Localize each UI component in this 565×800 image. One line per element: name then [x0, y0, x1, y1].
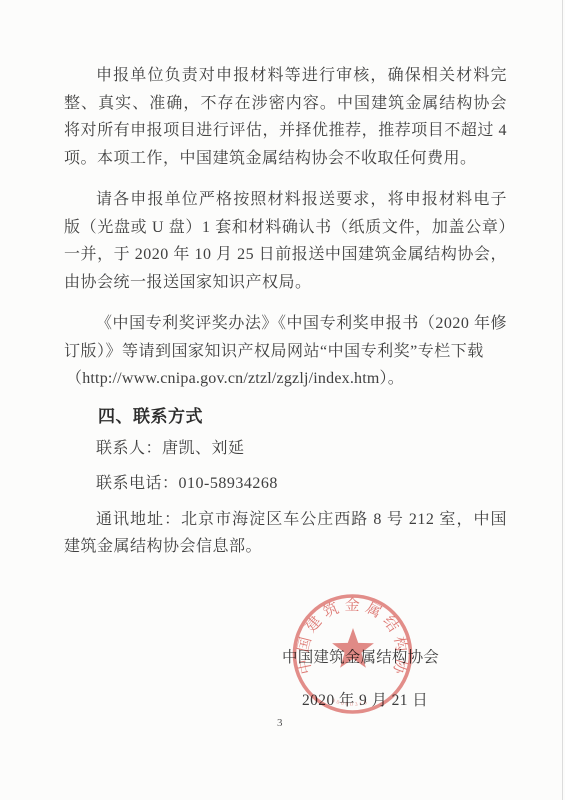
body-paragraph-2: 请各申报单位严格按照材料报送要求，将申报材料电子版（光盘或 U 盘）1 套和材料… [64, 186, 507, 296]
body-paragraph-1: 申报单位负责对申报材料等进行审核，确保相关材料完整、真实、准确，不存在涉密内容。… [64, 62, 507, 172]
scanned-document-page: 申报单位负责对申报材料等进行审核，确保相关材料完整、真实、准确，不存在涉密内容。… [0, 0, 565, 800]
contact-address-line: 通讯地址：北京市海淀区车公庄西路 8 号 212 室，中国建筑金属结构协会信息部… [64, 506, 507, 561]
contact-phone-line: 联系电话：010-58934268 [64, 470, 507, 498]
signature-organization: 中国建筑金属结构协会 [282, 645, 439, 667]
section-heading-contact: 四、联系方式 [64, 405, 507, 429]
page-number: 3 [277, 717, 283, 729]
contact-person-line: 联系人：唐凯、刘延 [64, 435, 507, 463]
document-body: 申报单位负责对申报材料等进行审核，确保相关材料完整、真实、准确，不存在涉密内容。… [0, 0, 565, 561]
body-paragraph-3: 《中国专利奖评奖办法》《中国专利奖申报书（2020 年修订版）》等请到国家知识产… [64, 310, 507, 365]
signature-date: 2020 年 9 月 21 日 [302, 688, 428, 710]
download-url: （http://www.cnipa.gov.cn/ztzl/zgzlj/inde… [64, 365, 507, 393]
scan-edge-shadow [562, 0, 563, 800]
